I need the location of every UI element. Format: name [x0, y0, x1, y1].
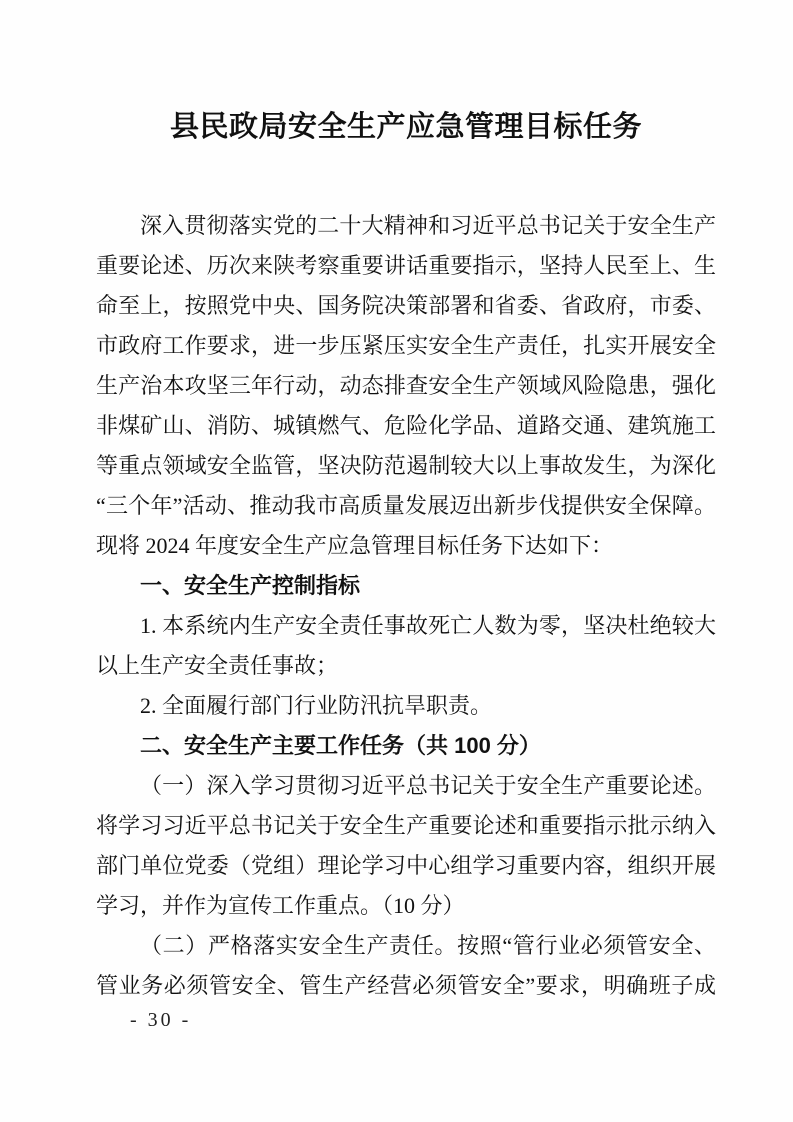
- document-page: 县民政局安全生产应急管理目标任务 深入贯彻落实党的二十大精神和习近平总书记关于安…: [0, 0, 793, 1122]
- document-line: （一）深入学习贯彻习近平总书记关于安全生产重要论述。: [96, 766, 716, 806]
- document-line: 1. 本系统内生产安全责任事故死亡人数为零，坚决杜绝较大: [96, 606, 716, 646]
- document-line: 命至上，按照党中央、国务院决策部署和省委、省政府，市委、: [96, 286, 716, 326]
- document-line: 学习，并作为宣传工作重点。（10 分）: [96, 886, 716, 926]
- document-line: 以上生产安全责任事故；: [96, 646, 716, 686]
- document-line: 深入贯彻落实党的二十大精神和习近平总书记关于安全生产: [96, 206, 716, 246]
- document-line: 重要论述、历次来陕考察重要讲话重要指示，坚持人民至上、生: [96, 246, 716, 286]
- document-line: 部门单位党委（党组）理论学习中心组学习重要内容，组织开展: [96, 846, 716, 886]
- document-line: 二、安全生产主要工作任务（共 100 分）: [96, 726, 716, 766]
- document-line: “三个年”活动、推动我市高质量发展迈出新步伐提供安全保障。: [96, 486, 716, 526]
- document-line: 等重点领域安全监管，坚决防范遏制较大以上事故发生，为深化: [96, 446, 716, 486]
- page-number: - 30 -: [130, 1007, 191, 1033]
- document-line: 管业务必须管安全、管生产经营必须管安全”要求，明确班子成: [96, 966, 716, 1006]
- document-line: 生产治本攻坚三年行动，动态排查安全生产领域风险隐患，强化: [96, 366, 716, 406]
- document-line: 一、安全生产控制指标: [96, 566, 716, 606]
- document-title: 县民政局安全生产应急管理目标任务: [96, 104, 716, 150]
- document-line: 非煤矿山、消防、城镇燃气、危险化学品、道路交通、建筑施工: [96, 406, 716, 446]
- document-line: 将学习习近平总书记关于安全生产重要论述和重要指示批示纳入: [96, 806, 716, 846]
- document-line: 2. 全面履行部门行业防汛抗旱职责。: [96, 686, 716, 726]
- document-line: （二）严格落实安全生产责任。按照“管行业必须管安全、: [96, 926, 716, 966]
- document-body: 深入贯彻落实党的二十大精神和习近平总书记关于安全生产重要论述、历次来陕考察重要讲…: [96, 206, 716, 1006]
- document-line: 现将 2024 年度安全生产应急管理目标任务下达如下：: [96, 526, 716, 566]
- document-line: 市政府工作要求，进一步压紧压实安全生产责任，扎实开展安全: [96, 326, 716, 366]
